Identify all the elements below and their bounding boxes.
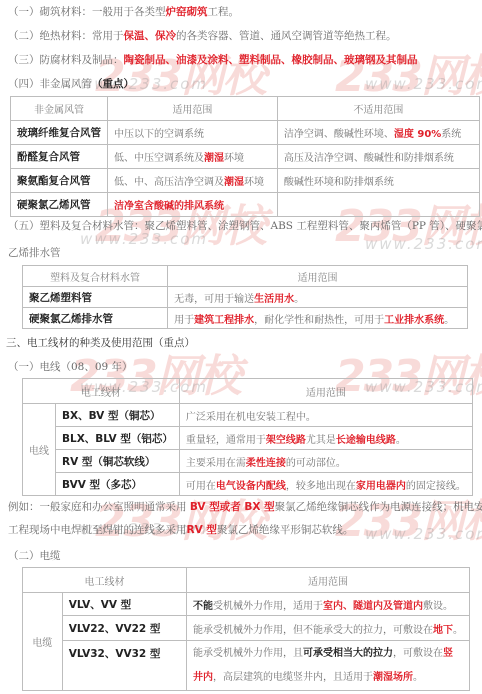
scope-text: ，可敷设在: [393, 648, 443, 659]
scope-text: 尤其是: [306, 435, 336, 446]
wire-type: BLX、BLV 型（铝芯）: [56, 427, 180, 450]
column-header: 适用范围: [179, 379, 472, 404]
insulation-text: （二）绝热材料：常用于: [8, 30, 124, 42]
nonmetal-duct-heading: （四）非金属风管（重点）: [8, 76, 134, 92]
column-header: 适用范围: [108, 97, 278, 121]
table-row: BVV 型（多芯） 可用在电气设备内配线，较多地出现在家用电器内的固定接线。: [23, 473, 473, 496]
table-row: BLX、BLV 型（铝芯） 重量轻，通常用于架空线路尤其是长途输电线路。: [23, 427, 473, 450]
scope-highlight: 柔性连接: [246, 458, 286, 469]
scope-highlight: 潮湿: [224, 177, 244, 188]
cable-table: 电工线材 适用范围 电缆 VLV、VV 型 不能受机械外力作用，适用于室内、隧道…: [22, 567, 470, 691]
insulation-paragraph: （二）绝热材料：常用于保温、保冷的各类容器、管道、通风空调管道等绝热工程。: [8, 28, 397, 44]
wire-scope: 主要采用在需柔性连接的可动部位。: [179, 450, 472, 473]
anticorrosion-highlight: 陶瓷制品、油漆及涂料、塑料制品、橡胶制品、玻璃钢及其制品: [124, 54, 418, 66]
scope-suffix: 敷设。: [423, 601, 453, 612]
column-header: 不适用范围: [277, 97, 479, 121]
anticorrosion-paragraph: （三）防腐材料及制品：陶瓷制品、油漆及涂料、塑料制品、橡胶制品、玻璃钢及其制品: [8, 52, 418, 68]
wire-scope: 可用在电气设备内配线，较多地出现在家用电器内的固定接线。: [179, 473, 472, 496]
scope-highlight: 竖: [443, 648, 453, 659]
scope-highlight: 洁净室含酸碱的排风系统: [114, 201, 224, 212]
duct-not-scope: [277, 193, 479, 217]
column-header: 适用范围: [168, 266, 468, 287]
key-point-badge: （重点）: [92, 78, 134, 90]
watermark-url: www.233.com: [365, 75, 482, 93]
table-row: 硬聚氯乙烯排水管 用于建筑工程排水，耐化学性和耐热性，可用于工业排水系统。: [23, 308, 468, 329]
not-scope-text: 高压及洁净空调、酸碱性和防排烟系统: [284, 153, 454, 164]
watermark-logo: 233网校: [95, 40, 265, 104]
not-scope-text: 酸碱性环境和防排烟系统: [284, 177, 394, 188]
example-highlight: RV 型: [187, 524, 217, 536]
scope-text: 中压以下的空调系统: [114, 129, 204, 140]
column-header: 适用范围: [186, 568, 469, 593]
watermark-url: www.233.com: [365, 235, 482, 253]
duct-not-scope: 洁净空调、酸碱性环境、湿度 90%系统: [277, 121, 479, 145]
scope-highlight: 潮湿场所: [373, 672, 413, 683]
table-header-row: 非金属风管 适用范围 不适用范围: [11, 97, 480, 121]
example-text: 工程现场中电焊机至焊钳的连线多采用: [8, 524, 187, 536]
table-row: 聚乙烯塑料管 无毒，可用于输送生活用水。: [23, 287, 468, 308]
wire-group-label: 电线: [23, 404, 56, 496]
example-highlight: BV 型或者 BX 型: [190, 501, 275, 513]
watermark-url: www.233.com: [365, 525, 482, 543]
scope-highlight: 建筑工程排水: [194, 315, 254, 326]
not-scope-text: 洁净空调、酸碱性环境、: [284, 129, 394, 140]
scope-text: 能承受机械外力作用，但不能承受大的拉力，可敷设在: [193, 625, 433, 636]
scope-text: 广泛采用在机电安装工程中。: [186, 412, 316, 423]
scope-text: 受机械外力作用，适用于: [213, 601, 323, 612]
not-scope-highlight: 湿度 90%: [394, 129, 441, 140]
column-header: 电工线材: [23, 379, 180, 404]
scope-text: 主要采用在需: [186, 458, 246, 469]
scope-emphasis: 不能: [193, 601, 213, 612]
example-text: 聚氯乙烯绝缘铜芯线作为电源连接线；机电安装: [275, 501, 482, 513]
cable-type: VLV、VV 型: [62, 593, 186, 616]
table-row: VLV32、VV32 型 能承受机械外力作用，且可承受相当大的拉力，可敷设在竖 …: [23, 641, 470, 691]
scope-suffix: 。: [396, 435, 406, 446]
scope-text: 重量轻，通常用于: [186, 435, 266, 446]
duct-scope: 低、中压空调系统及潮湿环境: [108, 145, 278, 169]
cable-group-label: 电缆: [23, 593, 63, 691]
pipe-name: 聚乙烯塑料管: [23, 287, 168, 308]
wire-scope: 广泛采用在机电安装工程中。: [179, 404, 472, 427]
cable-type: VLV32、VV32 型: [62, 641, 186, 691]
scope-highlight: 电气设备内配线: [216, 481, 286, 492]
scope-text: 可用在: [186, 481, 216, 492]
cable-scope: 能承受机械外力作用，且可承受相当大的拉力，可敷设在竖 井内，高层建筑的电缆竖井内…: [186, 641, 469, 691]
cable-heading: （二）电缆: [8, 548, 61, 564]
table-header-row: 电工线材 适用范围: [23, 379, 473, 404]
example-paragraph-cont: 工程现场中电焊机至焊钳的连线多采用RV 型聚氯乙烯绝缘平形铜芯软线。: [8, 522, 353, 538]
scope-text: 能承受机械外力作用，且: [193, 648, 303, 659]
scope-highlight: 生活用水: [254, 294, 294, 305]
scope-suffix: 。: [413, 672, 423, 683]
duct-name: 硬聚氯乙烯风管: [11, 193, 108, 217]
masonry-suffix: 工程。: [208, 6, 240, 18]
scope-text: ，高层建筑的电缆竖井内，且适用于: [213, 672, 373, 683]
plastic-pipe-table: 塑料及复合材料水管 适用范围 聚乙烯塑料管 无毒，可用于输送生活用水。 硬聚氯乙…: [22, 265, 468, 329]
table-row: RV 型（铜芯软线） 主要采用在需柔性连接的可动部位。: [23, 450, 473, 473]
scope-suffix: 。: [294, 294, 304, 305]
table-row: 聚氨酯复合风管 低、中、高压洁净空调及潮湿环境 酸碱性环境和防排烟系统: [11, 169, 480, 193]
masonry-text: （一）砌筑材料：一般用于各类型: [8, 6, 166, 18]
scope-highlight: 地下: [433, 625, 453, 636]
column-header: 电工线材: [23, 568, 187, 593]
table-row: 硬聚氯乙烯风管 洁净室含酸碱的排风系统: [11, 193, 480, 217]
plastic-pipe-paragraph-cont: 乙烯排水管: [8, 245, 61, 261]
scope-highlight: 架空线路: [266, 435, 306, 446]
insulation-suffix: 的各类容器、管道、通风空调管道等绝热工程。: [176, 30, 397, 42]
scope-text: 低、中压空调系统及: [114, 153, 204, 164]
scope-text: 无毒，可用于输送: [174, 294, 254, 305]
example-text: 例如：一般家庭和办公室照明通常采用: [8, 501, 190, 513]
scope-suffix: 。: [444, 315, 454, 326]
scope-highlight: 潮湿: [204, 153, 224, 164]
cable-scope: 不能受机械外力作用，适用于室内、隧道内及管道内敷设。: [186, 593, 469, 616]
masonry-highlight: 炉窑砌筑: [166, 6, 208, 18]
table-row: 酚醛复合风管 低、中压空调系统及潮湿环境 高压及洁净空调、酸碱性和防排烟系统: [11, 145, 480, 169]
masonry-paragraph: （一）砌筑材料：一般用于各类型炉窑砌筑工程。: [8, 4, 239, 20]
wire-type: RV 型（铜芯软线）: [56, 450, 180, 473]
wire-scope: 重量轻，通常用于架空线路尤其是长途输电线路。: [179, 427, 472, 450]
scope-text: 用于: [174, 315, 194, 326]
example-paragraph: 例如：一般家庭和办公室照明通常采用 BV 型或者 BX 型聚氯乙烯绝缘铜芯线作为…: [8, 499, 482, 515]
column-header: 非金属风管: [11, 97, 108, 121]
nonmetal-duct-text: （四）非金属风管: [8, 78, 92, 90]
scope-text: 低、中、高压洁净空调及: [114, 177, 224, 188]
table-row: 电线 BX、BV 型（铜芯） 广泛采用在机电安装工程中。: [23, 404, 473, 427]
watermark-logo: 233网校: [335, 40, 482, 104]
duct-not-scope: 酸碱性环境和防排烟系统: [277, 169, 479, 193]
cable-scope: 能承受机械外力作用，但不能承受大的拉力，可敷设在地下。: [186, 616, 469, 641]
duct-scope: 低、中、高压洁净空调及潮湿环境: [108, 169, 278, 193]
scope-highlight: 室内、隧道内及管道内: [323, 601, 423, 612]
table-row: VLV22、VV22 型 能承受机械外力作用，但不能承受大的拉力，可敷设在地下。: [23, 616, 470, 641]
scope-suffix: 的可动部位。: [286, 458, 346, 469]
wire-heading: （一）电线（08、09 年）: [8, 359, 133, 375]
cable-type: VLV22、VV22 型: [62, 616, 186, 641]
pipe-scope: 无毒，可用于输送生活用水。: [168, 287, 468, 308]
table-header-row: 电工线材 适用范围: [23, 568, 470, 593]
scope-highlight: 家用电器内: [356, 481, 406, 492]
scope-suffix: 。: [453, 625, 463, 636]
column-header: 塑料及复合材料水管: [23, 266, 168, 287]
wire-type: BX、BV 型（铜芯）: [56, 404, 180, 427]
duct-name: 聚氨酯复合风管: [11, 169, 108, 193]
wire-table: 电工线材 适用范围 电线 BX、BV 型（铜芯） 广泛采用在机电安装工程中。 B…: [22, 378, 473, 496]
scope-highlight: 长途输电线路: [336, 435, 396, 446]
scope-highlight: 井内: [193, 672, 213, 683]
duct-scope: 洁净室含酸碱的排风系统: [108, 193, 278, 217]
scope-line: 井内，高层建筑的电缆竖井内，且适用于潮湿场所。: [193, 666, 463, 690]
duct-not-scope: 高压及洁净空调、酸碱性和防排烟系统: [277, 145, 479, 169]
scope-suffix: 的固定接线。: [406, 481, 466, 492]
scope-emphasis: 可承受相当大的拉力: [303, 648, 393, 659]
scope-text: ，较多地出现在: [286, 481, 356, 492]
duct-name: 玻璃纤维复合风管: [11, 121, 108, 145]
table-row: 电缆 VLV、VV 型 不能受机械外力作用，适用于室内、隧道内及管道内敷设。: [23, 593, 470, 616]
anticorrosion-text: （三）防腐材料及制品：: [8, 54, 124, 66]
duct-name: 酚醛复合风管: [11, 145, 108, 169]
scope-suffix: 环境: [224, 153, 244, 164]
example-text: 聚氯乙烯绝缘平形铜芯软线。: [217, 524, 354, 536]
electrical-section-title: 三、电工线材的种类及使用范围（重点）: [6, 335, 195, 351]
scope-line: 能承受机械外力作用，且可承受相当大的拉力，可敷设在竖: [193, 642, 463, 666]
insulation-highlight: 保温、保冷: [124, 30, 177, 42]
scope-highlight: 工业排水系统: [384, 315, 444, 326]
scope-suffix: 环境: [244, 177, 264, 188]
pipe-name: 硬聚氯乙烯排水管: [23, 308, 168, 329]
table-row: 玻璃纤维复合风管 中压以下的空调系统 洁净空调、酸碱性环境、湿度 90%系统: [11, 121, 480, 145]
table-header-row: 塑料及复合材料水管 适用范围: [23, 266, 468, 287]
wire-type: BVV 型（多芯）: [56, 473, 180, 496]
pipe-scope: 用于建筑工程排水，耐化学性和耐热性，可用于工业排水系统。: [168, 308, 468, 329]
nonmetal-duct-table: 非金属风管 适用范围 不适用范围 玻璃纤维复合风管 中压以下的空调系统 洁净空调…: [10, 96, 480, 217]
duct-scope: 中压以下的空调系统: [108, 121, 278, 145]
plastic-pipe-paragraph: （五）塑料及复合材料水管：聚乙烯塑料管、涂塑钢管、ABS 工程塑料管、聚丙烯管（…: [8, 218, 482, 234]
not-scope-suffix: 系统: [441, 129, 461, 140]
scope-text: ，耐化学性和耐热性，可用于: [254, 315, 384, 326]
